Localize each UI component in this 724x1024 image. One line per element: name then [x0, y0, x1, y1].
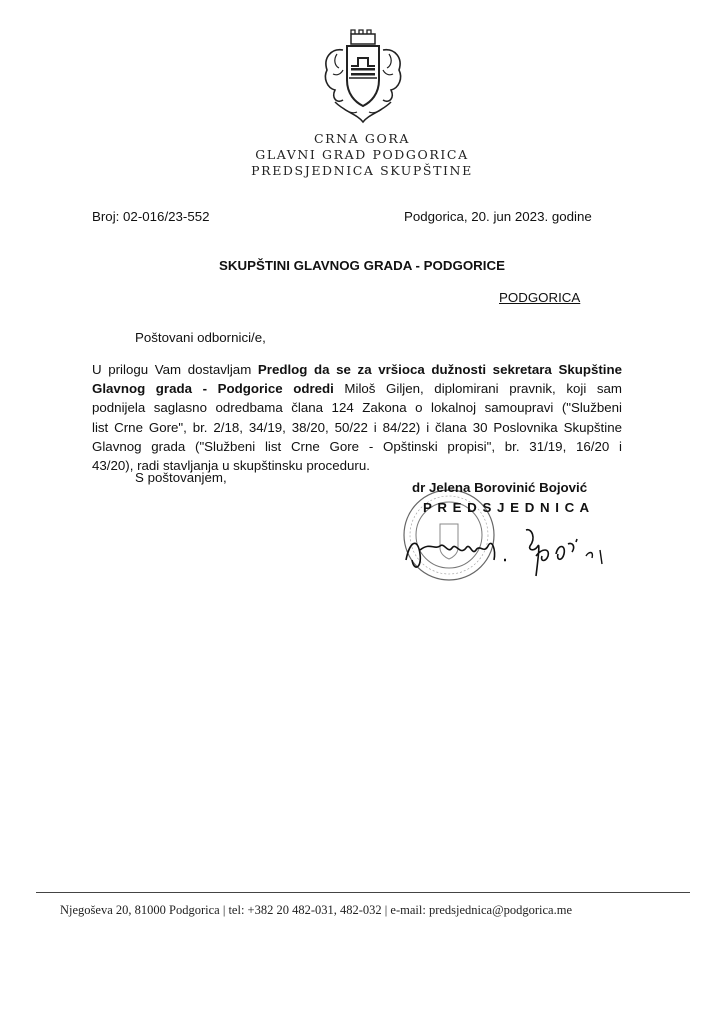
letterhead-office: PREDSJEDNICA SKUPŠTINE	[0, 163, 724, 178]
handwritten-signature-icon	[400, 520, 630, 590]
bold-text: Predlog da se za vršioca dužnosti sekret…	[258, 362, 622, 377]
body-line: list Crne Gore", br. 2/18, 34/19, 38/20,…	[92, 418, 622, 437]
text: Glavnog grada ("Službeni list Crne Gore …	[92, 439, 622, 454]
body-line: podnijela saglasno odredbama člana 124 Z…	[92, 398, 622, 417]
salutation: Poštovani odbornici/e,	[135, 330, 266, 345]
text: podnijela saglasno odredbama člana 124 Z…	[92, 400, 622, 415]
bold-text: Glavnog grada - Podgorice odredi	[92, 381, 334, 396]
text: list Crne Gore", br. 2/18, 34/19, 38/20,…	[92, 420, 622, 435]
letterhead-city: GLAVNI GRAD PODGORICA	[0, 147, 724, 162]
body-line: Glavnog grada ("Službeni list Crne Gore …	[92, 437, 622, 456]
body-paragraph: U prilogu Vam dostavljam Predlog da se z…	[92, 360, 622, 475]
text: 43/20), radi stavljanja u skupštinsku pr…	[92, 458, 370, 473]
body-line: U prilogu Vam dostavljam Predlog da se z…	[92, 360, 622, 379]
letterhead-country: CRNA GORA	[0, 131, 724, 146]
body-line: Glavnog grada - Podgorice odredi Miloš G…	[92, 379, 622, 398]
signatory-title: P R E D S J E D N I C A	[423, 500, 590, 515]
footer-divider	[36, 892, 690, 893]
coat-of-arms-icon	[313, 28, 413, 128]
place-date: Podgorica, 20. jun 2023. godine	[404, 209, 592, 224]
reference-number: Broj: 02-016/23-552	[92, 209, 210, 224]
signatory-name: dr Jelena Borovinić Bojović	[412, 480, 587, 495]
closing: S poštovanjem,	[135, 470, 227, 485]
recipient-city: PODGORICA	[499, 290, 580, 305]
text: U prilogu Vam dostavljam	[92, 362, 258, 377]
footer-contact: Njegoševa 20, 81000 Podgorica | tel: +38…	[60, 903, 700, 918]
recipient-name: SKUPŠTINI GLAVNOG GRADA - PODGORICE	[0, 258, 724, 273]
text: Miloš Giljen, diplomirani pravnik, koji …	[334, 381, 622, 396]
